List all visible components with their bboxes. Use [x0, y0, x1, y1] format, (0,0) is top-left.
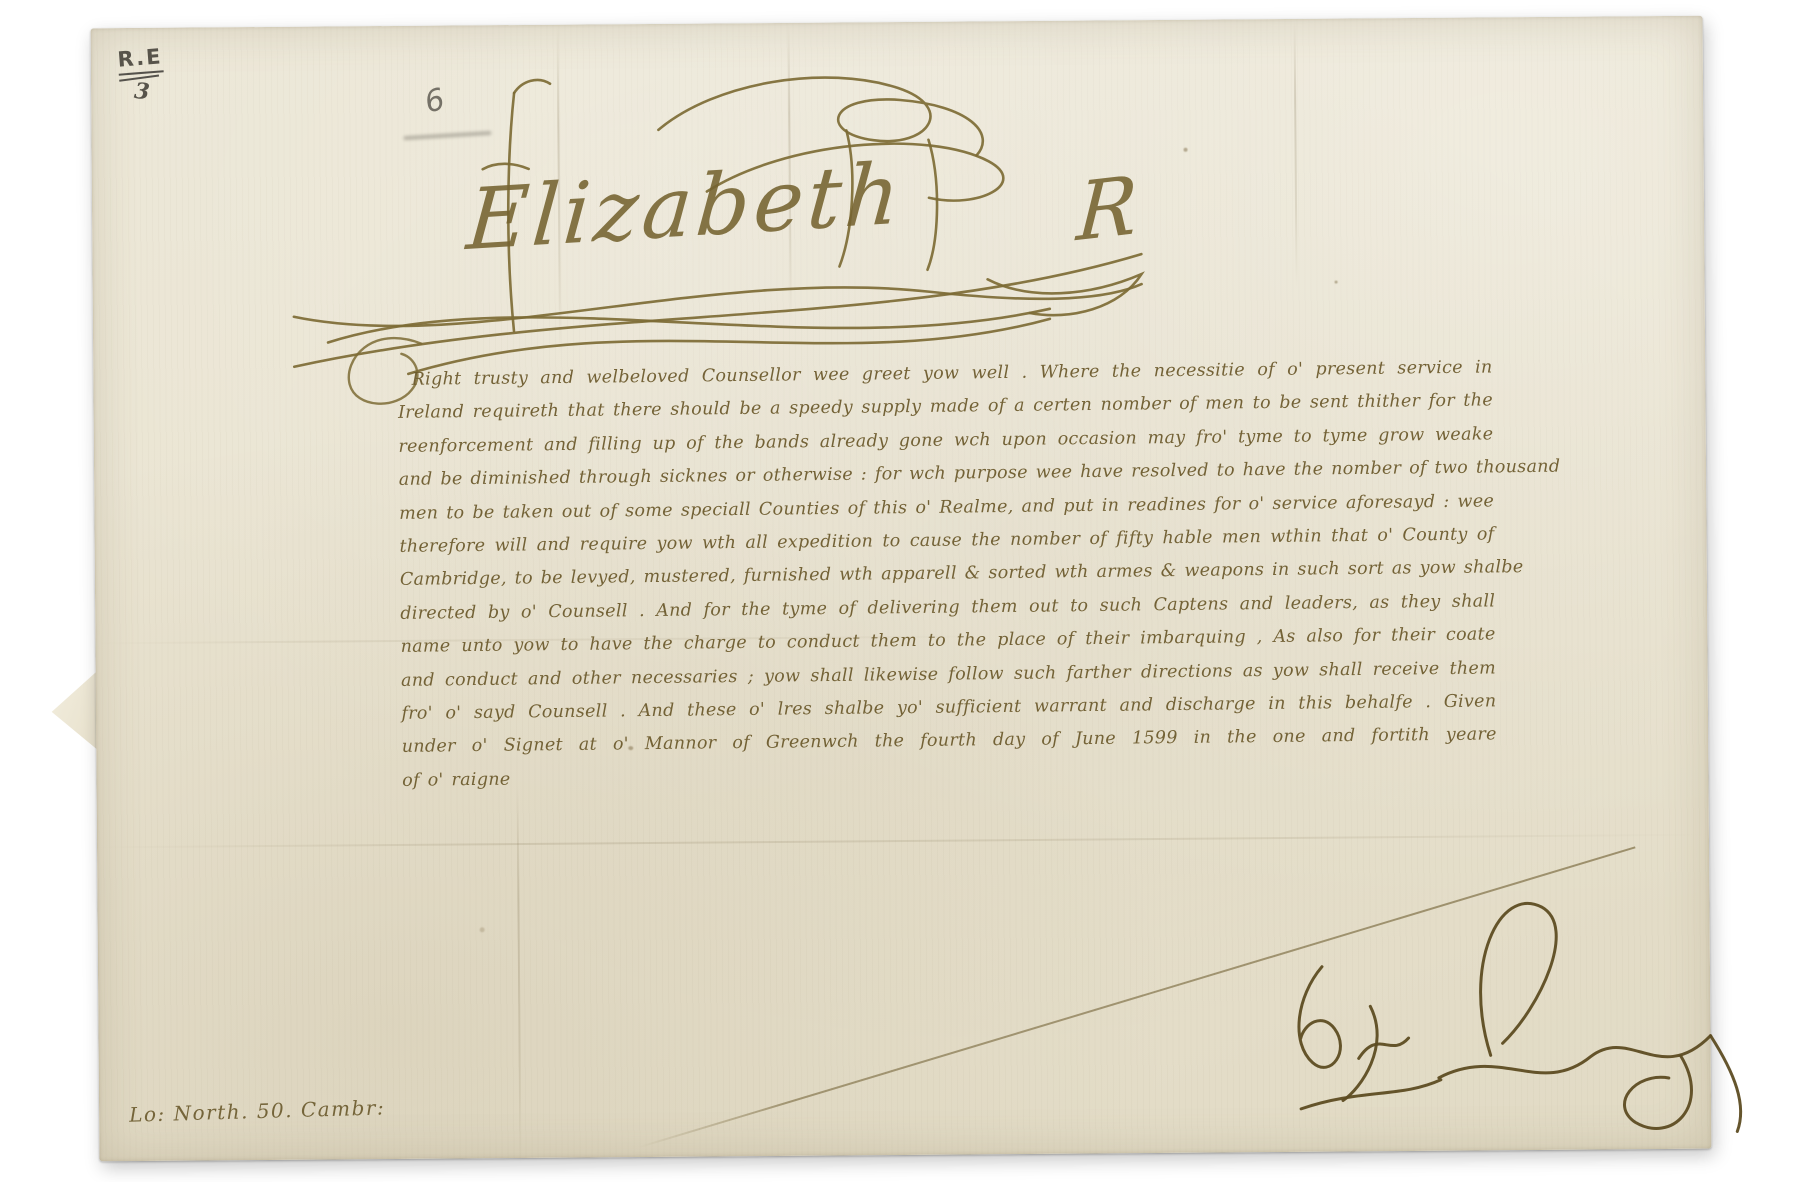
foxing-speck [1184, 148, 1188, 152]
archival-mark-number: 3 [133, 80, 166, 105]
countersignature-flourish [1237, 843, 1769, 1147]
manuscript-sheet: R.E 3 6 Elizabeth R Right trusty and we [91, 16, 1712, 1162]
docket-note: Lo: North. 50. Cambr: [129, 1095, 386, 1126]
foxing-speck [1335, 281, 1338, 284]
foxing-speck [480, 927, 485, 932]
archival-mark: R.E 3 [117, 46, 166, 105]
fold-line [1294, 19, 1298, 289]
screenshot-root: { "page": { "background_color": "#ffffff… [0, 0, 1800, 1182]
archival-mark-letters: R.E [117, 46, 164, 75]
signature-regnal-initial: R [1074, 158, 1140, 259]
countersignature-strokes [1237, 843, 1769, 1147]
letter-body: Right trusty and welbeloved Counsellor w… [397, 351, 1497, 798]
